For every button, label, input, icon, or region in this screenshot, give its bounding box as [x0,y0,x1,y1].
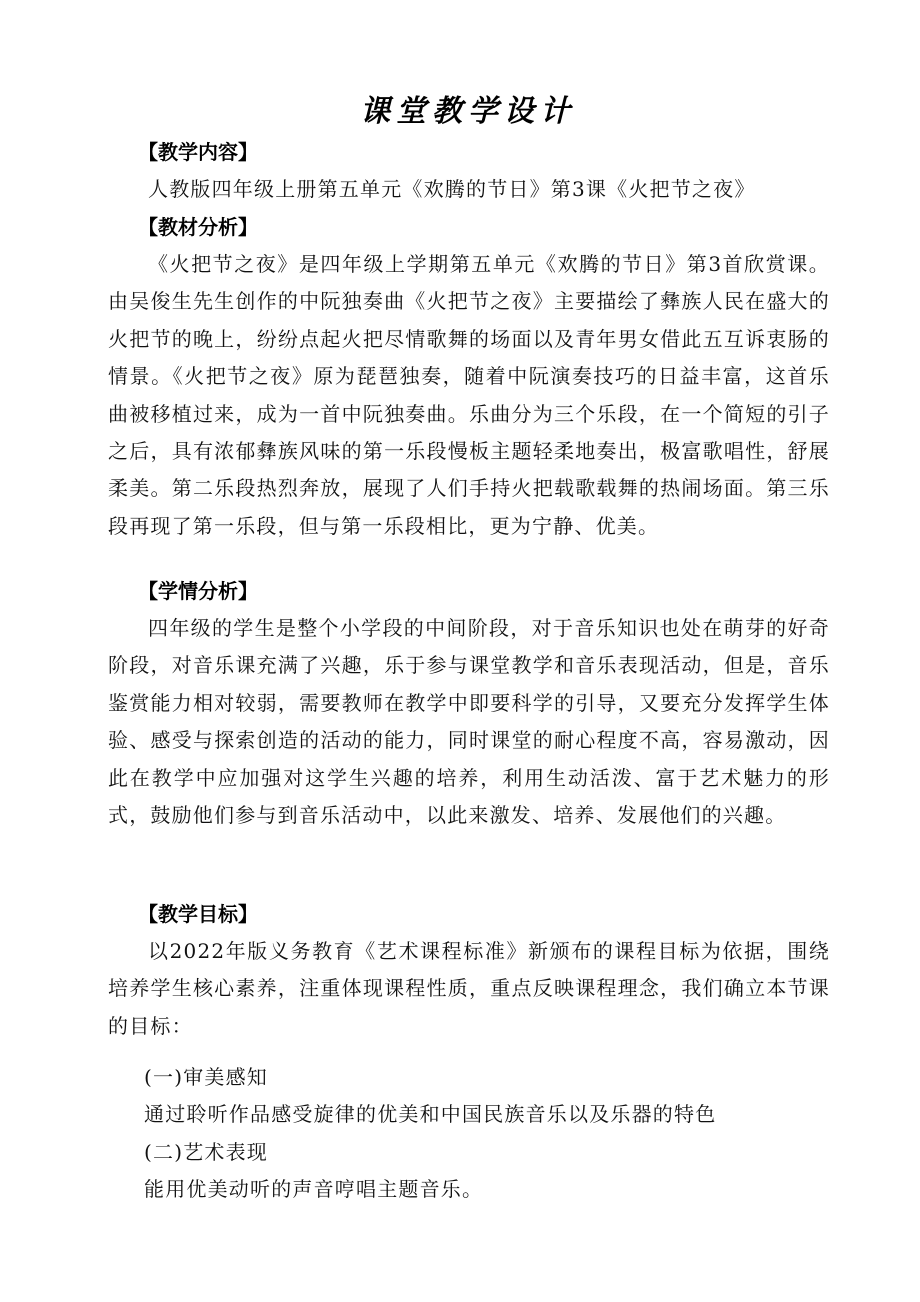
section-heading: 【教材分析】 [108,209,830,246]
section-heading: 【学情分析】 [108,573,830,610]
section-teaching-content: 【教学内容】 人教版四年级上册第五单元《欢腾的节日》第3课《火把节之夜》 [108,134,830,208]
section-text: 人教版四年级上册第五单元《欢腾的节日》第3课《火把节之夜》 [108,171,830,208]
section-teaching-goals: 【教学目标】 以2022年版义务教育《艺术课程标准》新颁布的课程目标为依据，围绕… [108,896,830,1045]
goal-label: (一)审美感知 [108,1059,830,1096]
goal-label: (二)艺术表现 [108,1134,830,1171]
section-student-analysis: 【学情分析】 四年级的学生是整个小学段的中间阶段，对于音乐知识也处在萌芽的好奇阶… [108,573,830,834]
section-heading: 【教学内容】 [108,134,830,171]
section-heading: 【教学目标】 [108,896,830,933]
section-paragraph: 以2022年版义务教育《艺术课程标准》新颁布的课程目标为依据，围绕培养学生核心素… [108,933,830,1045]
section-paragraph: 《火把节之夜》是四年级上学期第五单元《欢腾的节日》第3首欣赏课。由吴俊生先生创作… [108,246,830,545]
goals-list: (一)审美感知 通过聆听作品感受旋律的优美和中国民族音乐以及乐器的特色 (二)艺… [108,1059,830,1209]
document-title: 课堂教学设计 [108,86,828,130]
goal-text: 能用优美动听的声音哼唱主题音乐。 [108,1171,830,1208]
section-paragraph: 四年级的学生是整个小学段的中间阶段，对于音乐知识也处在萌芽的好奇阶段，对音乐课充… [108,610,830,834]
section-material-analysis: 【教材分析】 《火把节之夜》是四年级上学期第五单元《欢腾的节日》第3首欣赏课。由… [108,209,830,545]
goal-text: 通过聆听作品感受旋律的优美和中国民族音乐以及乐器的特色 [108,1096,830,1133]
